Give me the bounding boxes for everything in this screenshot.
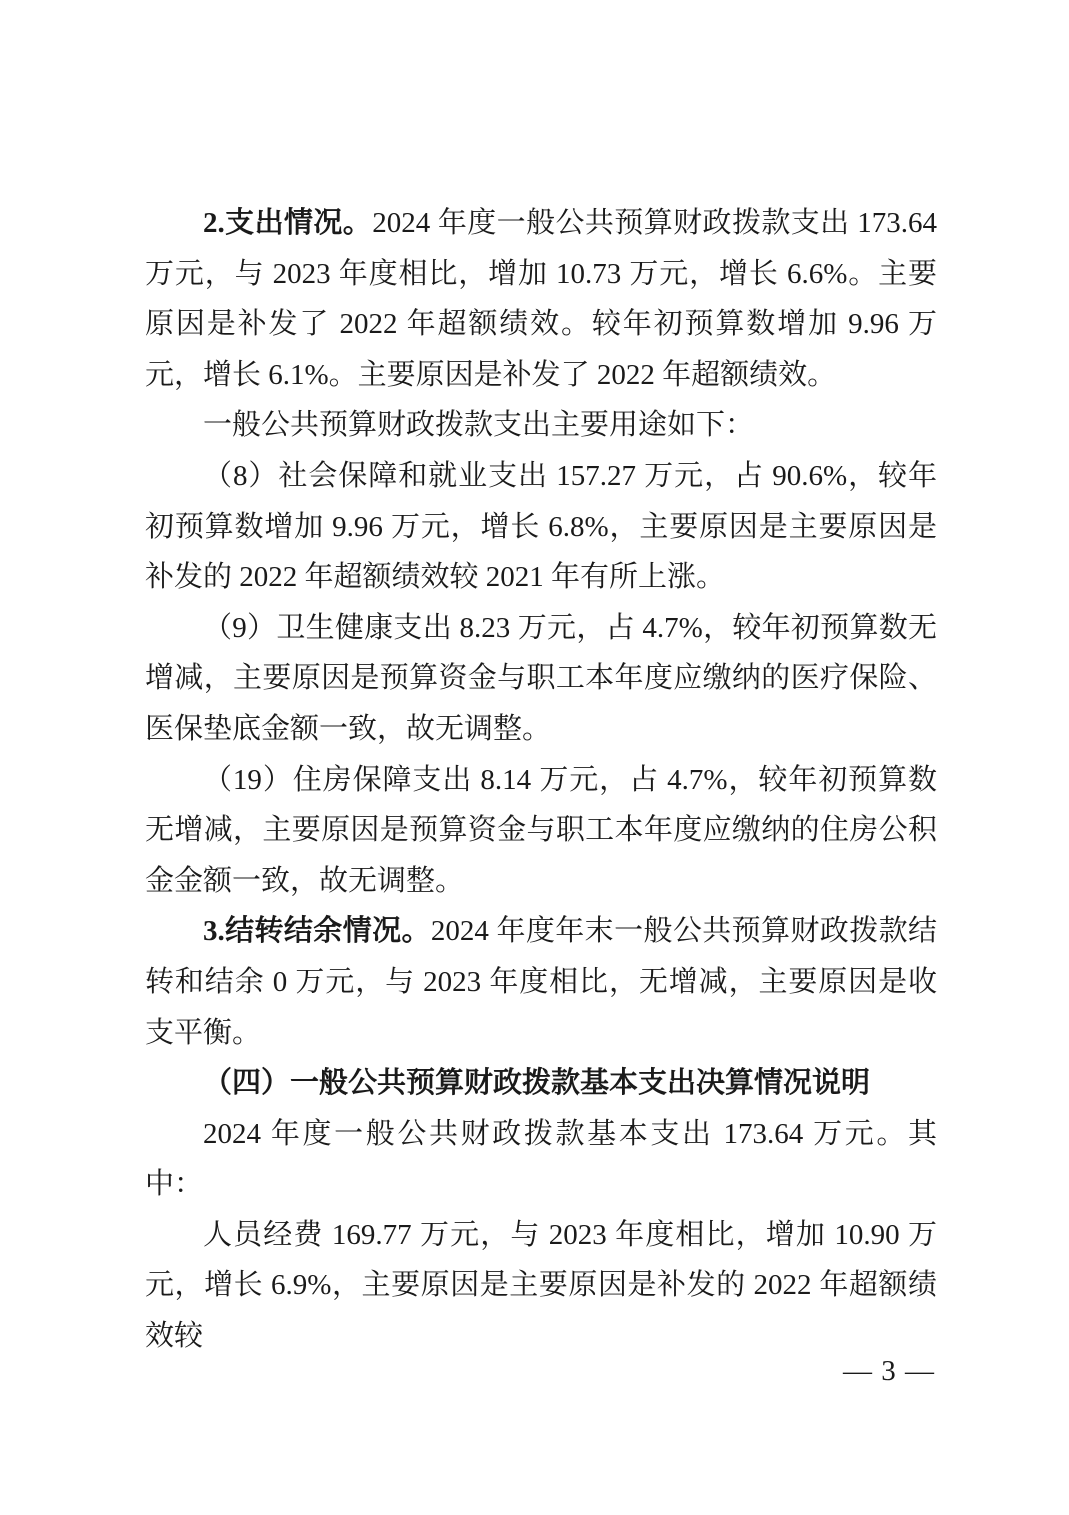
paragraph-carryover-summary: 3.结转结余情况。2024 年度年末一般公共预算财政拨款结转和结余 0 万元，与… xyxy=(145,906,937,1058)
paragraph-text-usage-intro: 一般公共预算财政拨款支出主要用途如下： xyxy=(203,409,754,441)
paragraph-expenditure-summary: 2.支出情况。2024 年度一般公共预算财政拨款支出 173.64 万元，与 2… xyxy=(145,198,937,400)
paragraph-item-9-health: （9）卫生健康支出 8.23 万元，占 4.7%，较年初预算数无增减，主要原因是… xyxy=(145,603,937,755)
paragraph-lead-carryover: 3.结转结余情况。 xyxy=(203,915,431,947)
paragraph-text-item-8: （8）社会保障和就业支出 157.27 万元，占 90.6%，较年初预算数增加 … xyxy=(145,460,937,593)
paragraph-text-item-19: （19）住房保障支出 8.14 万元，占 4.7%，较年初预算数无增减，主要原因… xyxy=(145,764,937,897)
paragraph-basic-expenditure: 2024 年度一般公共财政拨款基本支出 173.64 万元。其中： xyxy=(145,1109,937,1210)
heading-section-four-text: （四）一般公共预算财政拨款基本支出决算情况说明 xyxy=(203,1067,870,1099)
paragraph-text-personnel-cost: 人员经费 169.77 万元，与 2023 年度相比，增加 10.90 万元，增… xyxy=(145,1219,937,1352)
paragraph-personnel-cost: 人员经费 169.77 万元，与 2023 年度相比，增加 10.90 万元，增… xyxy=(145,1210,937,1362)
page-number-label: — 3 — xyxy=(843,1355,935,1387)
paragraph-text-basic-expenditure: 2024 年度一般公共财政拨款基本支出 173.64 万元。其中： xyxy=(145,1118,937,1201)
heading-section-four: （四）一般公共预算财政拨款基本支出决算情况说明 xyxy=(145,1058,937,1109)
paragraph-item-19-housing: （19）住房保障支出 8.14 万元，占 4.7%，较年初预算数无增减，主要原因… xyxy=(145,755,937,907)
document-body: 2.支出情况。2024 年度一般公共预算财政拨款支出 173.64 万元，与 2… xyxy=(145,198,937,1362)
document-page: 2.支出情况。2024 年度一般公共预算财政拨款支出 173.64 万元，与 2… xyxy=(0,0,1069,1515)
paragraph-text-item-9: （9）卫生健康支出 8.23 万元，占 4.7%，较年初预算数无增减，主要原因是… xyxy=(145,612,937,745)
paragraph-usage-intro: 一般公共预算财政拨款支出主要用途如下： xyxy=(145,400,937,451)
paragraph-lead-expenditure: 2.支出情况。 xyxy=(203,207,372,239)
paragraph-item-8-social-security: （8）社会保障和就业支出 157.27 万元，占 90.6%，较年初预算数增加 … xyxy=(145,451,937,603)
page-number: — 3 — xyxy=(843,1353,935,1389)
